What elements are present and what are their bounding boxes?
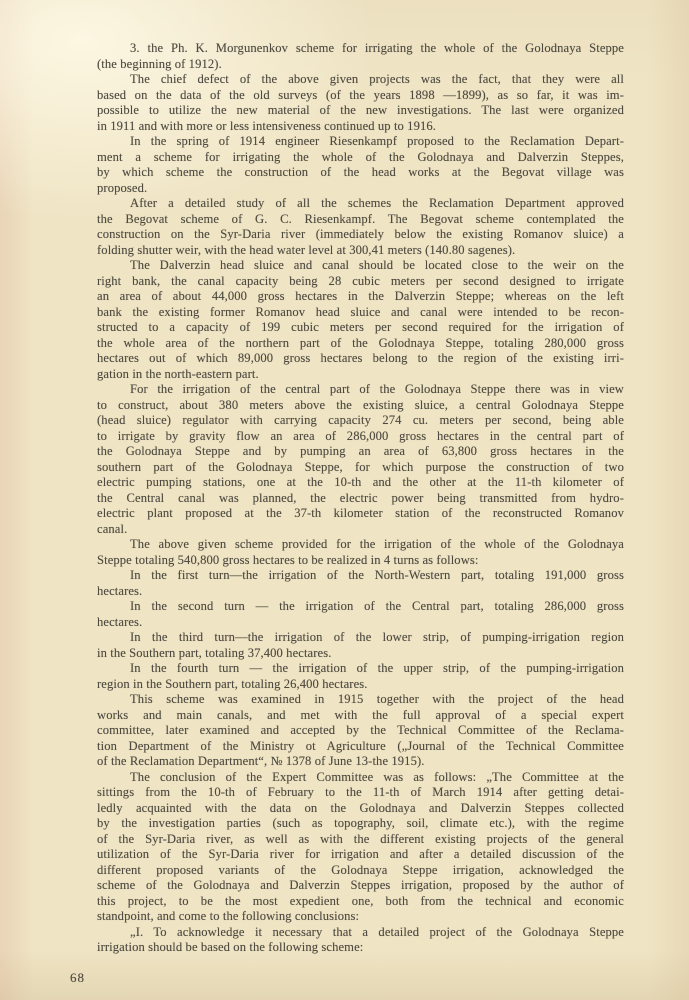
text-line: The conclusion of the Expert Committee w… — [97, 770, 624, 786]
text-line: hectares. — [97, 584, 624, 600]
text-line: irrigation should be based on the follow… — [97, 940, 624, 956]
text-line: canal. — [97, 522, 624, 538]
text-line: hectares out of which 89,000 gross hecta… — [97, 351, 624, 367]
text-line: folding shutter weir, with the head wate… — [97, 243, 624, 259]
text-line: in 1911 and with more or less intensiven… — [97, 119, 624, 135]
text-line: gation in the north-eastern part. — [97, 367, 624, 383]
paragraph: In the fourth turn — the irrigation of t… — [97, 661, 624, 692]
paragraph: This scheme was examined in 1915 togethe… — [97, 692, 624, 770]
text-line: construction on the Syr-Daria river (imm… — [97, 227, 624, 243]
paragraph: In the second turn — the irrigation of t… — [97, 599, 624, 630]
text-line: in the Southern part, totaling 37,400 he… — [97, 646, 624, 662]
text-line: The chief defect of the above given proj… — [97, 72, 624, 88]
scanned-book-page: 3. the Ph. K. Morgunenkov scheme for irr… — [0, 0, 689, 1000]
text-line: The above given scheme provided for the … — [97, 537, 624, 553]
text-line: to construct, about 380 meters above the… — [97, 398, 624, 414]
text-line: In the first turn—the irrigation of the … — [97, 568, 624, 584]
text-line: committee, later examined and accepted b… — [97, 723, 624, 739]
text-line: the Begovat scheme of G. C. Riesenkampf.… — [97, 212, 624, 228]
text-line: After a detailed study of all the scheme… — [97, 196, 624, 212]
paragraph: In the first turn—the irrigation of the … — [97, 568, 624, 599]
text-line: electric plant proposed at the 37-th kil… — [97, 506, 624, 522]
text-line: „I. To acknowledge it necessary that a d… — [97, 925, 624, 941]
paragraph: After a detailed study of all the scheme… — [97, 196, 624, 258]
text-line: southern part of the Golodnaya Steppe, f… — [97, 460, 624, 476]
text-line: tion Department of the Ministry ot Agric… — [97, 739, 624, 755]
text-line: In the third turn—the irrigation of the … — [97, 630, 624, 646]
text-line: In the second turn — the irrigation of t… — [97, 599, 624, 615]
paragraph: The chief defect of the above given proj… — [97, 72, 624, 134]
paragraph: „I. To acknowledge it necessary that a d… — [97, 925, 624, 956]
text-line: The Dalverzin head sluice and canal shou… — [97, 258, 624, 274]
text-line: this project, to be the most expedient o… — [97, 894, 624, 910]
page-text: 3. the Ph. K. Morgunenkov scheme for irr… — [97, 41, 624, 956]
text-line: possible to utilize the new material of … — [97, 103, 624, 119]
text-line: ment a scheme for irrigating the whole o… — [97, 150, 624, 166]
paragraph: 3. the Ph. K. Morgunenkov scheme for irr… — [97, 41, 624, 72]
text-line: hectares. — [97, 615, 624, 631]
text-line: the Golodnaya Steppe and by pumping an a… — [97, 444, 624, 460]
text-line: proposed. — [97, 181, 624, 197]
text-line: For the irrigation of the central part o… — [97, 382, 624, 398]
text-line: In the fourth turn — the irrigation of t… — [97, 661, 624, 677]
text-line: by which scheme the construction of the … — [97, 165, 624, 181]
paragraph: The conclusion of the Expert Committee w… — [97, 770, 624, 925]
paragraph: In the third turn—the irrigation of the … — [97, 630, 624, 661]
text-line: of the Reclamation Department“, № 1378 o… — [97, 754, 624, 770]
text-line: structed to a capacity of 199 cubic mete… — [97, 320, 624, 336]
text-line: ledly acquainted with the data on the Go… — [97, 801, 624, 817]
text-line: (head sluice) regulator with carrying ca… — [97, 413, 624, 429]
text-line: This scheme was examined in 1915 togethe… — [97, 692, 624, 708]
text-line: bank the existing former Romanov head sl… — [97, 305, 624, 321]
text-line: works and main canals, and met with the … — [97, 708, 624, 724]
text-line: 3. the Ph. K. Morgunenkov scheme for irr… — [97, 41, 624, 57]
text-line: of the Syr-Daria river, as well as with … — [97, 832, 624, 848]
paragraph: The above given scheme provided for the … — [97, 537, 624, 568]
text-line: In the spring of 1914 engineer Riesenkam… — [97, 134, 624, 150]
text-line: by the investigation parties (such as to… — [97, 816, 624, 832]
text-line: based on the data of the old surveys (of… — [97, 88, 624, 104]
text-line: region in the Southern part, totaling 26… — [97, 677, 624, 693]
text-line: different proposed variants of the Golod… — [97, 863, 624, 879]
text-line: sittings from the 10-th of February to t… — [97, 785, 624, 801]
text-line: utilization of the Syr-Daria river for i… — [97, 847, 624, 863]
text-line: Steppe totaling 540,800 gross hectares t… — [97, 553, 624, 569]
text-line: (the beginning of 1912). — [97, 57, 624, 73]
text-line: standpoint, and come to the following co… — [97, 909, 624, 925]
text-line: electric pumping stations, one at the 10… — [97, 475, 624, 491]
text-line: scheme of the Golodnaya and Dalverzin St… — [97, 878, 624, 894]
text-line: to irrigate by gravity flow an area of 2… — [97, 429, 624, 445]
text-line: the whole area of the northern part of t… — [97, 336, 624, 352]
text-line: the Central canal was planned, the elect… — [97, 491, 624, 507]
paragraph: The Dalverzin head sluice and canal shou… — [97, 258, 624, 382]
text-line: an area of about 44,000 gross hectares i… — [97, 289, 624, 305]
paragraph: In the spring of 1914 engineer Riesenkam… — [97, 134, 624, 196]
paragraph: For the irrigation of the central part o… — [97, 382, 624, 537]
text-line: right bank, the canal capacity being 28 … — [97, 274, 624, 290]
page-number: 68 — [70, 970, 85, 986]
